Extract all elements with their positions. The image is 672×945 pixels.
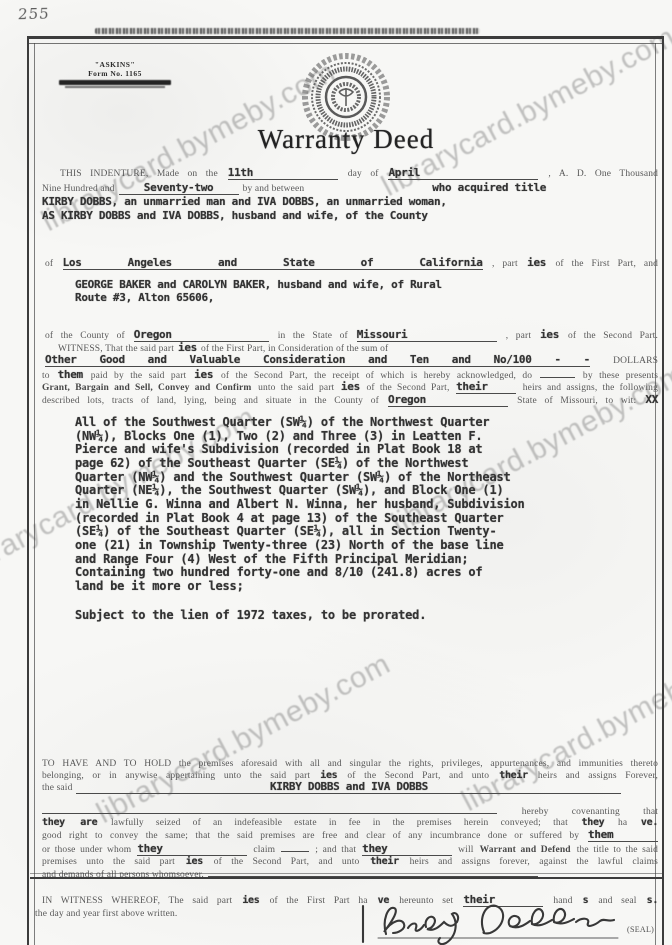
printed-text: of the First Part ha — [270, 896, 368, 906]
page-number: 255 — [17, 5, 50, 24]
border-left-inner — [34, 43, 35, 945]
printed-text: State of Missouri, to wit: — [517, 396, 636, 406]
legal-description-line: Quarter (NW¼) and the Southwest Quarter … — [75, 470, 511, 484]
typed-text: XX — [645, 393, 658, 406]
typed-fill-in: Seventy-two — [119, 181, 239, 195]
border-top — [27, 36, 664, 39]
typed-text: All of the Southwest Quarter (SW¼) of th… — [75, 415, 489, 429]
printed-text: of the Second Part. — [568, 331, 658, 341]
legal-description-line: (recorded in Plat Book 4 at page 13) of … — [75, 511, 504, 525]
printed-text: Nine Hundred and — [42, 184, 115, 194]
typed-text: Subject to the lien of 1972 taxes, to be… — [75, 608, 426, 622]
form-box-smudge — [65, 86, 165, 88]
typed-text: page 62) of the Southeast Quarter (SE¼) … — [75, 456, 468, 470]
border-top-inner — [27, 43, 664, 44]
typed-text: KIRBY DOBBS, an unmarried man and IVA DO… — [42, 195, 447, 208]
printed-text: DOLLARS — [613, 356, 658, 366]
consideration-line: Other Good and Valuable Consideration an… — [45, 353, 658, 367]
border-left — [27, 36, 29, 945]
typed-fill-in: Oregon — [388, 393, 508, 407]
typed-text: AS KIRBY DOBBS and IVA DOBBS, husband an… — [42, 209, 428, 222]
blank-underline — [540, 367, 575, 378]
tax-clause-line: Subject to the lien of 1972 taxes, to be… — [75, 608, 426, 622]
typed-fill-in: KIRBY DOBBS and IVA DOBBS — [76, 780, 621, 794]
form-number-box: "ASKINS" Form No. 1165 — [56, 60, 174, 88]
typed-text: Quarter (NE¼), the Southwest Quarter (SW… — [75, 483, 504, 497]
printed-text: the said — [42, 783, 72, 793]
typed-text: (SE¼) of the Southeast Quarter (SE¼), al… — [75, 524, 496, 538]
printed-text: of the First Part, and — [555, 259, 658, 269]
indenture-line: THIS INDENTURE, Made on the 11th day of … — [60, 166, 658, 180]
typed-text: land be it more or less; — [75, 579, 244, 593]
covenant-line: they are lawfully seized of an indefeasi… — [42, 815, 658, 828]
grantor-names-line: KIRBY DOBBS, an unmarried man and IVA DO… — [42, 195, 447, 208]
grantor-names-line: AS KIRBY DOBBS and IVA DOBBS, husband an… — [42, 209, 428, 222]
typed-text: ies — [540, 328, 559, 341]
printed-text: , A. D. One Thousand — [548, 169, 658, 179]
typed-text: one (21) in Township Twenty-three (23) N… — [75, 538, 504, 552]
legal-description-line: (NW¼), Blocks One (1), Two (2) and Three… — [75, 429, 482, 443]
form-box-smudge — [59, 80, 171, 85]
typed-text: ve. — [641, 817, 658, 828]
form-box-number: Form No. 1165 — [56, 69, 174, 78]
typed-fill-in: Oregon — [134, 328, 269, 342]
typed-text: GEORGE BAKER and CAROLYN BAKER, husband … — [75, 278, 442, 291]
blank-underline — [281, 841, 309, 852]
grant-line: Grant, Bargain and Sell, Convey and Conf… — [42, 380, 658, 394]
document-title: Warranty Deed — [28, 124, 664, 155]
first-part-line: of Los Angeles and State of California ,… — [45, 256, 658, 270]
legal-description-line: Quarter (NE¼), the Southwest Quarter (SW… — [75, 483, 504, 497]
printed-text-bold: Grant, Bargain and Sell, Convey and Conf… — [42, 383, 251, 393]
typed-text: in Nellie G. Winna and Albert N. Winna, … — [75, 497, 525, 511]
printed-text: ha — [618, 818, 627, 828]
printed-text: of — [45, 259, 53, 269]
typed-text: s. — [647, 895, 658, 906]
printed-text: lawfully seized of an indefeasible estat… — [111, 818, 568, 828]
printed-text: of the County of — [45, 331, 125, 341]
spacer — [308, 190, 428, 191]
divider-rule — [30, 873, 662, 874]
legal-description-line: and Range Four (4) West of the Fifth Pri… — [75, 552, 468, 566]
typed-text: Quarter (NW¼) and the Southwest Quarter … — [75, 470, 511, 484]
typed-text: Route #3, Alton 65606, — [75, 291, 214, 304]
border-right — [662, 36, 664, 945]
witness-whereof-line: the day and year first above written. — [35, 906, 177, 919]
legal-description-line: one (21) in Township Twenty-three (23) N… — [75, 538, 504, 552]
printed-text: IN WITNESS WHEREOF, The said part — [42, 896, 232, 906]
form-box-publisher: "ASKINS" — [56, 60, 174, 69]
typed-fill-in: Other Good and Valuable Consideration an… — [45, 353, 590, 367]
legal-description-line: land be it more or less; — [75, 579, 244, 593]
grantee-names-line: GEORGE BAKER and CAROLYN BAKER, husband … — [75, 278, 442, 291]
second-part-line: of the County of Oregon in the State of … — [45, 328, 658, 342]
typed-text: Containing two hundred forty-one and 8/1… — [75, 565, 482, 579]
legal-description-line: (SE¼) of the Southeast Quarter (SE¼), al… — [75, 524, 496, 538]
typed-fill-in: Los Angeles and State of California — [63, 256, 483, 270]
typed-fill-in: them — [588, 828, 658, 842]
seal-word: (SEAL) — [627, 925, 654, 934]
printed-text: by and between — [243, 184, 305, 194]
printed-text: unto the said part — [258, 383, 334, 393]
printer-imprint-smudge — [95, 28, 480, 34]
printed-text: , part — [492, 259, 518, 269]
situate-line: described lots, tracts of land, lying, b… — [42, 393, 658, 407]
typed-text: (NW¼), Blocks One (1), Two (2) and Three… — [75, 429, 482, 443]
typed-fill-in: April — [388, 166, 538, 180]
typed-text: they are — [42, 817, 97, 828]
printed-text: described lots, tracts of land, lying, b… — [42, 396, 379, 406]
legal-description-line: Containing two hundred forty-one and 8/1… — [75, 565, 482, 579]
typed-text: ies — [527, 256, 546, 269]
typed-text: (recorded in Plat Book 4 at page 13) of … — [75, 511, 504, 525]
typed-text: Pierce and wife's Subdivision (recorded … — [75, 442, 482, 456]
legal-description-line: page 62) of the Southeast Quarter (SE¼) … — [75, 456, 468, 470]
printed-text: , part — [506, 331, 531, 341]
printed-text: in the State of — [278, 331, 348, 341]
year-line: Nine Hundred and Seventy-two by and betw… — [42, 181, 546, 195]
habendum-names-line: the said KIRBY DOBBS and IVA DOBBS — [42, 780, 621, 794]
scanned-deed-page: librarycard.bymeby.comlibrarycard.bymeby… — [0, 0, 672, 945]
blank-underline — [208, 866, 538, 877]
legal-description-line: All of the Southwest Quarter (SW¼) of th… — [75, 415, 489, 429]
legal-description-line: Pierce and wife's Subdivision (recorded … — [75, 442, 482, 456]
typed-text: who acquired title — [432, 181, 546, 194]
divider-rule — [30, 877, 662, 879]
typed-text: and Range Four (4) West of the Fifth Pri… — [75, 552, 468, 566]
printed-text: the day and year first above written. — [35, 909, 177, 919]
typed-text: ies — [341, 380, 360, 393]
legal-description-line: in Nellie G. Winna and Albert N. Winna, … — [75, 497, 525, 511]
grantee-address-line: Route #3, Alton 65606, — [75, 291, 214, 304]
typed-fill-in: Missouri — [357, 328, 497, 342]
grantor-signature — [360, 898, 630, 945]
printed-text: day of — [348, 169, 379, 179]
typed-text: ies — [242, 895, 259, 906]
printed-text: THIS INDENTURE, Made on the — [60, 169, 218, 179]
typed-fill-in: 11th — [228, 166, 338, 180]
receipt-line: to them paid by the said part ies of the… — [42, 367, 658, 381]
